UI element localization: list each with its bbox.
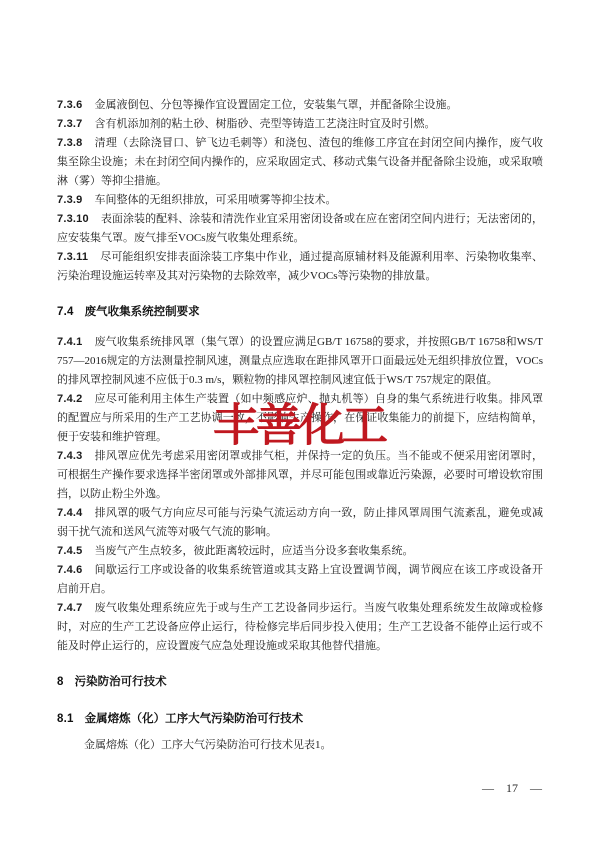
heading-number: 7.4 (57, 306, 85, 318)
clause-number: 7.3.7 (57, 118, 94, 130)
clause-number: 7.4.7 (57, 602, 94, 614)
clause-text: 废气收集处理系统应先于或与生产工艺设备同步运行。当废气收集处理系统发生故障或检修… (57, 602, 543, 652)
heading-number: 8.1 (57, 713, 85, 725)
clause-number: 7.4.5 (57, 545, 94, 557)
clause-number: 7.4.2 (57, 393, 94, 405)
heading-7-4: 7.4废气收集系统控制要求 (57, 303, 543, 322)
clause-text: 清理（去除浇冒口、铲飞边毛刺等）和浇包、渣包的维修工序宜在封闭空间内操作，废气收… (57, 137, 543, 187)
clause-7-3-7: 7.3.7含有机添加剂的粘土砂、树脂砂、壳型等铸造工艺浇注时宜及时引燃。 (57, 115, 543, 134)
heading-number: 8 (57, 676, 75, 688)
clause-7-3-11: 7.3.11尽可能组织安排表面涂装工序集中作业，通过提高原辅材料及能源利用率、污… (57, 248, 543, 286)
clause-text: 含有机添加剂的粘土砂、树脂砂、壳型等铸造工艺浇注时宜及时引燃。 (94, 118, 435, 130)
clause-7-3-10: 7.3.10表面涂装的配料、涂装和清洗作业宜采用密闭设备或在应在密闭空间内进行；… (57, 210, 543, 248)
clause-text: 表面涂装的配料、涂装和清洗作业宜采用密闭设备或在应在密闭空间内进行；无法密闭的，… (57, 213, 543, 244)
clause-7-4-7: 7.4.7废气收集处理系统应先于或与生产工艺设备同步运行。当废气收集处理系统发生… (57, 599, 543, 656)
clause-7-3-8: 7.3.8清理（去除浇冒口、铲飞边毛刺等）和浇包、渣包的维修工序宜在封闭空间内操… (57, 134, 543, 191)
clause-number: 7.3.9 (57, 194, 94, 206)
heading-title: 金属熔炼（化）工序大气污染防治可行技术 (85, 713, 304, 725)
clause-7-4-4: 7.4.4排风罩的吸气方向应尽可能与污染气流运动方向一致，防止排风罩周围气流紊乱… (57, 504, 543, 542)
clause-number: 7.4.1 (57, 336, 94, 348)
watermark: 丰善化工 (213, 402, 385, 447)
clause-text: 尽可能组织安排表面涂装工序集中作业，通过提高原辅材料及能源利用率、污染物收集率、… (57, 251, 543, 282)
clause-7-4-5: 7.4.5当废气产生点较多，彼此距离较远时，应适当分设多套收集系统。 (57, 542, 543, 561)
clause-text: 间歇运行工序或设备的收集系统管道或其支路上宜设置调节阀，调节阀应在该工序或设备开… (57, 564, 543, 595)
clause-7-4-6: 7.4.6间歇运行工序或设备的收集系统管道或其支路上宜设置调节阀，调节阀应在该工… (57, 561, 543, 599)
clause-7-4-1: 7.4.1废气收集系统排风罩（集气罩）的设置应满足GB/T 16758的要求，并… (57, 333, 543, 390)
heading-title: 污染防治可行技术 (75, 676, 167, 688)
heading-8: 8污染防治可行技术 (57, 673, 543, 692)
clause-text: 排风罩应优先考虑采用密闭罩或排气柜，并保持一定的负压。当不能或不便采用密闭罩时，… (57, 450, 543, 500)
clause-7-3-9: 7.3.9车间整体的无组织排放，可采用喷雾等抑尘技术。 (57, 191, 543, 210)
clause-number: 7.3.10 (57, 213, 101, 225)
heading-8-1: 8.1金属熔炼（化）工序大气污染防治可行技术 (57, 710, 543, 729)
clause-text: 排风罩的吸气方向应尽可能与污染气流运动方向一致，防止排风罩周围气流紊乱，避免或减… (57, 507, 543, 538)
clause-number: 7.3.11 (57, 251, 100, 263)
clause-7-4-3: 7.4.3排风罩应优先考虑采用密闭罩或排气柜，并保持一定的负压。当不能或不便采用… (57, 447, 543, 504)
clause-number: 7.4.4 (57, 507, 94, 519)
paragraph-8-1-intro: 金属熔炼（化）工序大气污染防治可行技术见表1。 (57, 736, 543, 755)
clause-text: 车间整体的无组织排放，可采用喷雾等抑尘技术。 (94, 194, 336, 206)
heading-title: 废气收集系统控制要求 (85, 306, 200, 318)
clause-text: 金属液倒包、分包等操作宜设置固定工位，安装集气罩，并配备除尘设施。 (94, 99, 457, 111)
clause-number: 7.3.6 (57, 99, 94, 111)
page-number: — 17 — (482, 780, 542, 796)
clause-number: 7.3.8 (57, 137, 94, 149)
clause-text: 当废气产生点较多，彼此距离较远时，应适当分设多套收集系统。 (94, 545, 413, 557)
clause-number: 7.4.3 (57, 450, 94, 462)
clause-text: 废气收集系统排风罩（集气罩）的设置应满足GB/T 16758的要求，并按照GB/… (57, 336, 543, 386)
document-page: 7.3.6金属液倒包、分包等操作宜设置固定工位，安装集气罩，并配备除尘设施。 7… (0, 0, 600, 848)
clause-number: 7.4.6 (57, 564, 94, 576)
clause-7-3-6: 7.3.6金属液倒包、分包等操作宜设置固定工位，安装集气罩，并配备除尘设施。 (57, 96, 543, 115)
